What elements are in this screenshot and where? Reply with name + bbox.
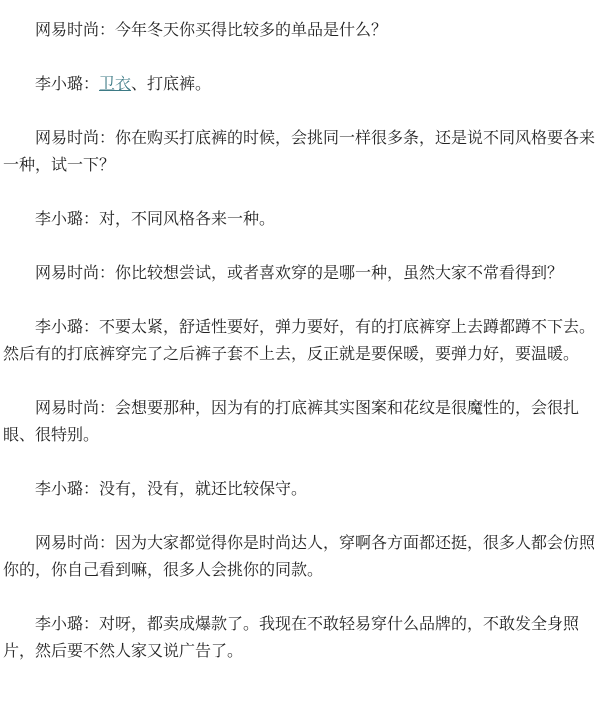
- paragraph-interviewee-a4: 李小璐：没有，没有，就还比较保守。: [3, 475, 604, 502]
- interview-article: 网易时尚：今年冬天你买得比较多的单品是什么？ 李小璐：卫衣、打底裤。 网易时尚：…: [0, 0, 613, 682]
- paragraph-interviewer-q3: 网易时尚：你比较想尝试，或者喜欢穿的是哪一种，虽然大家不常看得到？: [3, 259, 604, 286]
- paragraph-interviewee-a5: 李小璐：对呀，都卖成爆款了。我现在不敢轻易穿什么品牌的，不敢发全身照片，然后要不…: [3, 610, 604, 664]
- paragraph-interviewer-q1: 网易时尚：今年冬天你买得比较多的单品是什么？: [3, 16, 604, 43]
- article-page: 网易时尚：今年冬天你买得比较多的单品是什么？ 李小璐：卫衣、打底裤。 网易时尚：…: [0, 0, 613, 709]
- paragraph-interviewee-a3: 李小璐：不要太紧，舒适性要好，弹力要好，有的打底裤穿上去蹲都蹲不下去。然后有的打…: [3, 313, 604, 367]
- answer-text-pre: 李小璐：: [35, 74, 99, 93]
- answer-text-post: 、打底裤。: [131, 74, 211, 93]
- paragraph-interviewee-a2: 李小璐：对，不同风格各来一种。: [3, 205, 604, 232]
- paragraph-interviewer-q5: 网易时尚：因为大家都觉得你是时尚达人，穿啊各方面都还挺，很多人都会仿照你的，你自…: [3, 529, 604, 583]
- paragraph-interviewer-q2: 网易时尚：你在购买打底裤的时候，会挑同一样很多条，还是说不同风格要各来一种，试一…: [3, 124, 604, 178]
- paragraph-interviewee-a1: 李小璐：卫衣、打底裤。: [3, 70, 604, 97]
- paragraph-interviewer-q4: 网易时尚：会想要那种，因为有的打底裤其实图案和花纹是很魔性的，会很扎眼、很特别。: [3, 394, 604, 448]
- keyword-link-weiyi[interactable]: 卫衣: [99, 74, 131, 93]
